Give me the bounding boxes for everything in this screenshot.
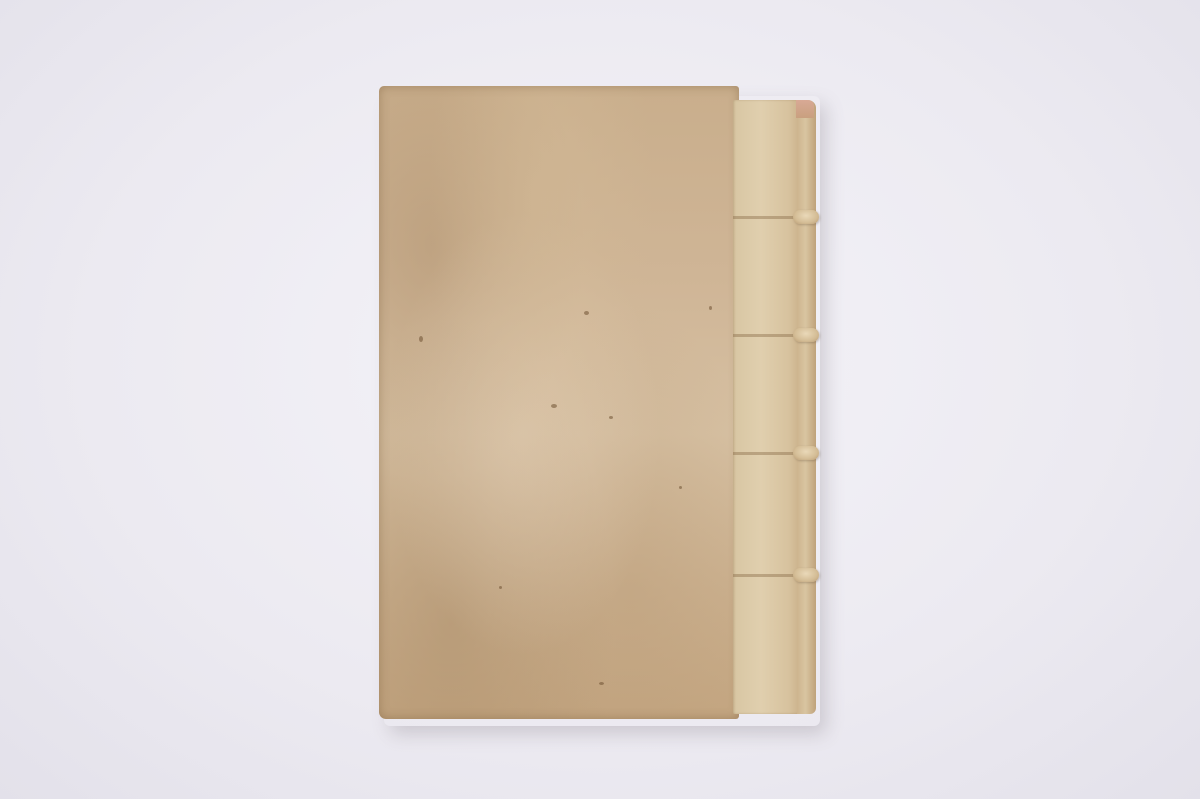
stain-speck	[609, 416, 613, 419]
book-spine	[797, 100, 816, 714]
stain-speck	[551, 404, 557, 408]
stain-speck	[709, 306, 712, 310]
stain-speck	[419, 336, 423, 342]
stain-speck	[584, 311, 589, 315]
spine-turn-in	[733, 100, 803, 714]
stain-speck	[499, 586, 502, 589]
stain-speck	[599, 682, 604, 685]
spine-raised-band	[793, 210, 819, 224]
spine-raised-band	[793, 328, 819, 342]
spine-head-cap	[796, 100, 814, 118]
stain-speck	[679, 486, 682, 489]
spine-raised-band	[793, 446, 819, 460]
book-back-cover	[379, 86, 739, 719]
spine-raised-band	[793, 568, 819, 582]
photo-scene	[0, 0, 1200, 799]
